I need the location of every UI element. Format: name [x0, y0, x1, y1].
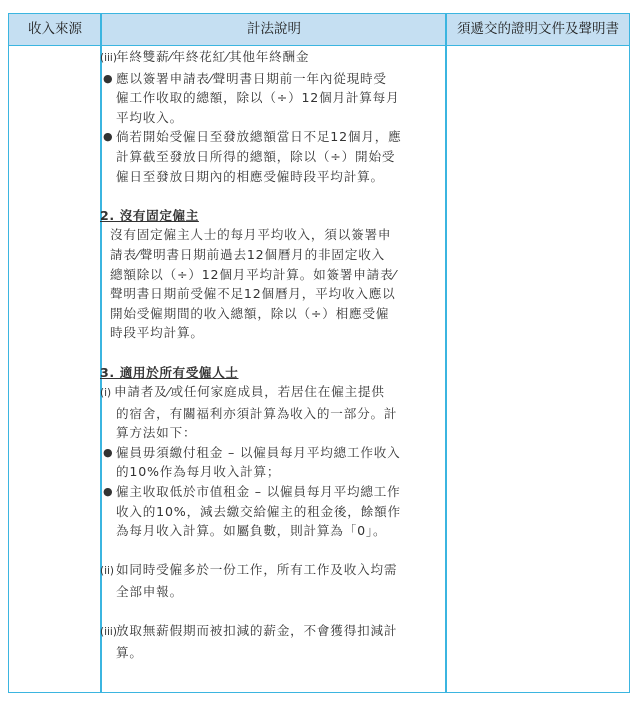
header-income-source: 收入來源	[9, 14, 101, 45]
text-line: 的10%作為每月收入計算；	[116, 462, 440, 482]
item-label: (ii)	[100, 562, 116, 582]
item-multiple-jobs: (ii)如同時受僱多於一份工作，所有工作及收入均需 全部申報。	[100, 560, 440, 601]
text-line: 收入的10%，減去繳交給僱主的租金後，餘額作	[116, 502, 440, 522]
text-line: 聲明書日期前受僱不足12個曆月，平均收入應以	[110, 284, 440, 304]
section-heading-all-employees: 3. 適用於所有受僱人士	[100, 363, 440, 383]
section-heading-no-fixed-employer: 2. 沒有固定僱主	[100, 206, 440, 226]
bullet-item: ● 應以簽署申請表⁄聲明書日期前一年內從現時受 僱工作收取的總額，除以（÷）12…	[100, 69, 440, 128]
text-line: 放取無薪假期而被扣減的薪金，不會獲得扣減計	[116, 623, 397, 638]
item-quarters: (i)申請者及⁄或任何家庭成員，若居住在僱主提供 的宿舍，有關福利亦須計算為收入…	[100, 382, 440, 443]
bullet-icon: ●	[103, 127, 113, 147]
item-unpaid-leave: (iii)放取無薪假期而被扣減的薪金，不會獲得扣減計 算。	[100, 621, 440, 662]
bullet-item: ● 倘若開始受僱日至發放總額當日不足12個月，應 計算截至發放日所得的總額，除以…	[100, 127, 440, 186]
bullet-icon: ●	[103, 482, 113, 502]
text-line: 的宿舍，有關福利亦須計算為收入的一部分。計	[100, 404, 440, 424]
text-line: 算。	[100, 643, 440, 663]
item-title: 年終雙薪⁄年終花紅⁄其他年終酬金	[116, 49, 309, 64]
bullet-item: ● 僱員毋須繳付租金 – 以僱員每月平均總工作收入 的10%作為每月收入計算；	[100, 443, 440, 482]
text-line: 僱員毋須繳付租金 – 以僱員每月平均總工作收入	[116, 443, 440, 463]
item-year-end-bonus: (iii)年終雙薪⁄年終花紅⁄其他年終酬金	[100, 47, 440, 69]
column-divider	[445, 14, 447, 692]
cell-calculation-explanation: (iii)年終雙薪⁄年終花紅⁄其他年終酬金 ● 應以簽署申請表⁄聲明書日期前一年…	[100, 47, 440, 662]
text-line: 時段平均計算。	[110, 323, 440, 343]
text-line: 僱日至發放日期內的相應受僱時段平均計算。	[116, 167, 440, 187]
text-line: 如同時受僱多於一份工作，所有工作及收入均需	[116, 562, 397, 577]
text-line: 平均收入。	[116, 108, 440, 128]
text-line: 沒有固定僱主人士的每月平均收入，須以簽署申	[110, 225, 440, 245]
text-line: 總額除以（÷）12個月平均計算。如簽署申請表⁄	[110, 265, 440, 285]
bullet-icon: ●	[103, 443, 113, 463]
text-line: 開始受僱期間的收入總額，除以（÷）相應受僱	[110, 304, 440, 324]
section-paragraph: 沒有固定僱主人士的每月平均收入，須以簽署申 請表⁄聲明書日期前過去12個曆月的非…	[100, 225, 440, 343]
text-line: 僱工作收取的總額，除以（÷）12個月計算每月	[116, 88, 440, 108]
bullet-item: ● 僱主收取低於市值租金 – 以僱員每月平均總工作 收入的10%，減去繳交給僱主…	[100, 482, 440, 541]
text-line: 倘若開始受僱日至發放總額當日不足12個月，應	[116, 127, 440, 147]
text-line: 全部申報。	[100, 582, 440, 602]
text-line: 僱主收取低於市值租金 – 以僱員每月平均總工作	[116, 482, 440, 502]
text-line: 申請者及⁄或任何家庭成員，若居住在僱主提供	[114, 384, 385, 399]
header-calculation-explanation: 計法說明	[102, 14, 446, 45]
text-line: 算方法如下：	[100, 423, 440, 443]
item-label: (iii)	[100, 49, 116, 69]
text-line: 應以簽署申請表⁄聲明書日期前一年內從現時受	[116, 69, 440, 89]
header-required-documents: 須遞交的證明文件及聲明書	[447, 14, 629, 45]
text-line: 計算截至發放日所得的總額，除以（÷）開始受	[116, 147, 440, 167]
text-line: 請表⁄聲明書日期前過去12個曆月的非固定收入	[110, 245, 440, 265]
text-line: 為每月收入計算。如屬負數，則計算為「0」。	[116, 521, 440, 541]
item-label: (i)	[100, 384, 114, 404]
item-label: (iii)	[100, 623, 116, 643]
table-header-row: 收入來源 計法說明 須遞交的證明文件及聲明書	[9, 14, 629, 46]
bullet-icon: ●	[103, 69, 113, 89]
